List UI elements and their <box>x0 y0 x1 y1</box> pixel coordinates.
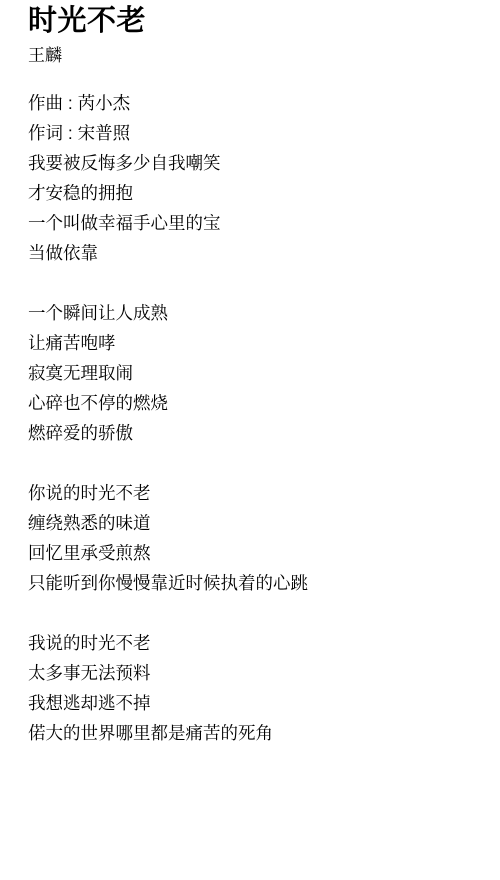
lyric-line: 寂寞无理取闹 <box>28 358 480 388</box>
lyrics-body: 作曲 : 芮小杰作词 : 宋普照我要被反悔多少自我嘲笑才安稳的拥抱一个叫做幸福手… <box>28 88 480 748</box>
artist-name: 王麟 <box>28 45 480 67</box>
lyric-line: 一个叫做幸福手心里的宝 <box>28 208 480 238</box>
lyric-line: 太多事无法预料 <box>28 658 480 688</box>
page-title: 时光不老 <box>28 2 480 40</box>
lyric-line: 一个瞬间让人成熟 <box>28 298 480 328</box>
lyric-line: 心碎也不停的燃烧 <box>28 388 480 418</box>
lyric-line: 缠绕熟悉的味道 <box>28 508 480 538</box>
lyric-line: 回忆里承受煎熬 <box>28 538 480 568</box>
stanza: 你说的时光不老缠绕熟悉的味道回忆里承受煎熬只能听到你慢慢靠近时候执着的心跳 <box>28 478 480 598</box>
lyric-line: 我想逃却逃不掉 <box>28 688 480 718</box>
stanza: 我说的时光不老太多事无法预料我想逃却逃不掉偌大的世界哪里都是痛苦的死角 <box>28 628 480 748</box>
lyric-line: 偌大的世界哪里都是痛苦的死角 <box>28 718 480 748</box>
lyric-line: 燃碎爱的骄傲 <box>28 418 480 448</box>
lyric-line: 才安稳的拥抱 <box>28 178 480 208</box>
lyric-line: 只能听到你慢慢靠近时候执着的心跳 <box>28 568 480 598</box>
lyric-line: 作曲 : 芮小杰 <box>28 88 480 118</box>
lyric-line: 我要被反悔多少自我嘲笑 <box>28 148 480 178</box>
lyric-line: 作词 : 宋普照 <box>28 118 480 148</box>
lyric-line: 你说的时光不老 <box>28 478 480 508</box>
stanza: 一个瞬间让人成熟让痛苦咆哮寂寞无理取闹心碎也不停的燃烧燃碎爱的骄傲 <box>28 298 480 448</box>
stanza: 作曲 : 芮小杰作词 : 宋普照我要被反悔多少自我嘲笑才安稳的拥抱一个叫做幸福手… <box>28 88 480 268</box>
lyric-line: 当做依靠 <box>28 238 480 268</box>
lyric-line: 我说的时光不老 <box>28 628 480 658</box>
lyrics-page: 时光不老 王麟 作曲 : 芮小杰作词 : 宋普照我要被反悔多少自我嘲笑才安稳的拥… <box>0 0 500 748</box>
lyric-line: 让痛苦咆哮 <box>28 328 480 358</box>
